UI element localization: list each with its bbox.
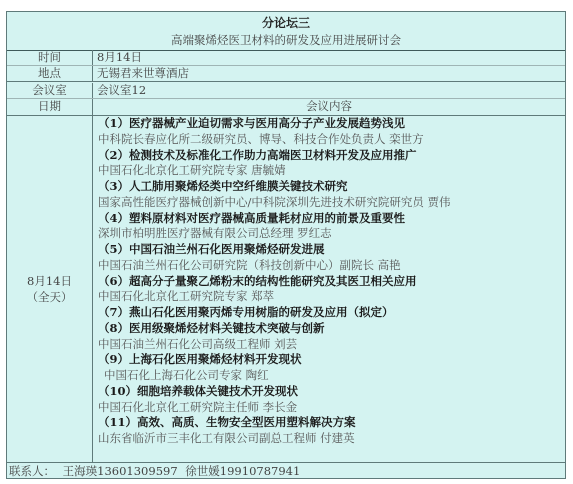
location-label: 地点 <box>7 66 93 81</box>
agenda-topic: （8）医用级聚烯烃材料关键技术突破与创新 <box>98 321 565 337</box>
forum-subtitle: 高端聚烯烃医卫材料的研发及应用进展研讨会 <box>7 32 565 48</box>
info-row-time: 时间 8月14日 <box>7 50 565 66</box>
content-column-header: 会议内容 <box>93 99 565 114</box>
schedule-date-cell: 8月14日 （全天） <box>7 116 93 463</box>
agenda-topic: （1）医疗器械产业迫切需求与医用高分子产业发展趋势浅见 <box>98 116 565 132</box>
info-row-location: 地点 无锡君来世尊酒店 <box>7 66 565 82</box>
agenda-speaker: 中国石化北京化工研究院专家 唐毓婧 <box>98 163 565 179</box>
agenda-topic: （9）上海石化医用聚烯烃材料开发现状 <box>98 352 565 368</box>
forum-title: 分论坛三 <box>7 14 565 32</box>
room-value: 会议室12 <box>97 83 146 98</box>
agenda-topic: （7）燕山石化医用聚丙烯专用树脂的研发及应用（拟定） <box>98 305 565 321</box>
agenda-topic: （3）人工肺用聚烯烃类中空纤维膜关键技术研究 <box>98 179 565 195</box>
agenda-speaker: 中国石油兰州石化公司研究院（科技创新中心）副院长 高艳 <box>98 258 565 274</box>
location-value: 无锡君来世尊酒店 <box>97 66 189 81</box>
agenda-topic: （5）中国石油兰州石化医用聚烯烃研发进展 <box>98 242 565 258</box>
agenda-speaker: 山东省临沂市三丰化工有限公司副总工程师 付建英 <box>98 431 565 447</box>
agenda-speaker: 国家高性能医疗器械创新中心/中科院深圳先进技术研究院研究员 贾伟 <box>98 195 565 211</box>
date-column-header: 日期 <box>7 99 93 115</box>
agenda-speaker: 中国石化北京化工研究院专家 郑萃 <box>98 289 565 305</box>
time-value: 8月14日 <box>97 50 142 65</box>
agenda-speaker: 中国石油兰州石化公司高级工程师 刘芸 <box>98 337 565 353</box>
contact-footer: 联系人： 王海瑛13601309597 徐世媛19910787941 <box>7 463 567 479</box>
room-label: 会议室 <box>7 83 93 98</box>
agenda-topic: （2）检测技术及标准化工作助力高端医卫材料开发及应用推广 <box>98 148 565 164</box>
contact-person-1: 王海瑛13601309597 <box>63 464 178 478</box>
info-row-room: 会议室 会议室12 <box>7 83 565 99</box>
agenda-table: 分论坛三 高端聚烯烃医卫材料的研发及应用进展研讨会 时间 8月14日 地点 无锡… <box>6 11 566 479</box>
schedule-duration: （全天） <box>27 289 73 305</box>
agenda-topic: （11）高效、高质、生物安全型医用塑料解决方案 <box>98 415 565 431</box>
agenda-speaker: 深圳市柏明胜医疗器械有限公司总经理 罗红志 <box>98 226 565 242</box>
schedule-content: （1）医疗器械产业迫切需求与医用高分子产业发展趋势浅见 中科院长春应化所二级研究… <box>93 116 565 463</box>
agenda-topic: （4）塑料原材料对医疗器械高质量耗材应用的前景及重要性 <box>98 211 565 227</box>
agenda-speaker: 中国石化北京化工研究院主任师 李长金 <box>98 400 565 416</box>
contact-label: 联系人： <box>9 464 55 478</box>
time-label: 时间 <box>7 50 93 65</box>
schedule-date: 8月14日 <box>27 273 72 289</box>
column-header-row: 日期 会议内容 <box>7 99 565 116</box>
agenda-speaker: 中科院长春应化所二级研究员、博导、科技合作处负责人 栾世方 <box>98 132 565 148</box>
agenda-topic: （6）超高分子量聚乙烯粉末的结构性能研究及其医卫相关应用 <box>98 274 565 290</box>
agenda-topic: （10）细胞培养载体关键技术开发现状 <box>98 384 565 400</box>
agenda-speaker: 中国石化上海石化公司专家 陶红 <box>98 368 565 384</box>
contact-person-2: 徐世媛19910787941 <box>185 464 300 478</box>
title-block: 分论坛三 高端聚烯烃医卫材料的研发及应用进展研讨会 <box>7 12 565 51</box>
